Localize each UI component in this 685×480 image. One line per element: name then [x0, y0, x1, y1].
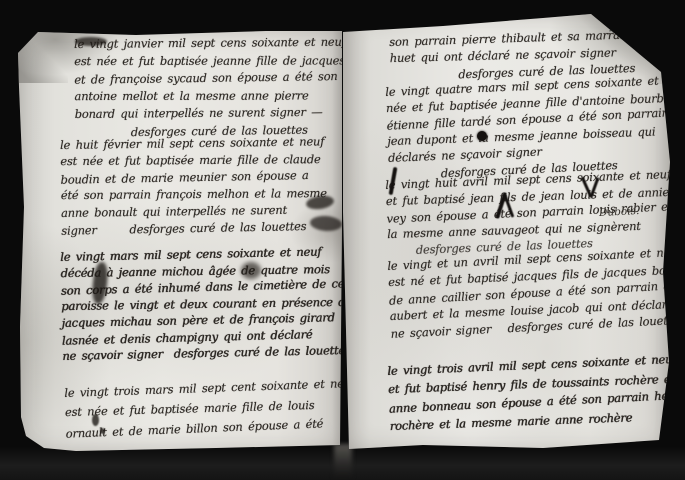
right-page: 2. son parrain pierre thibault et sa mar…: [343, 12, 672, 453]
register-entry: le huit février mil sept cens soixante e…: [60, 133, 342, 239]
ink-smudge: [241, 262, 261, 279]
ink-smudge: [92, 414, 99, 426]
manuscript-line: bonard qui interpellés ne surent signer …: [75, 104, 342, 124]
ink-blot: [477, 131, 487, 141]
margin-note: Dubois.: [599, 205, 640, 219]
register-entry: le vingt quatre mars mil sept cens soixa…: [385, 72, 672, 183]
ink-smudge: [100, 428, 105, 434]
register-entry: le vingt janvier mil sept cens soixante …: [74, 34, 342, 141]
manuscript-line: le vingt janvier mil sept cens soixante …: [74, 34, 342, 54]
register-entry: le vingt trois avril mil sept cens soixa…: [387, 350, 672, 436]
manuscript-line: antoine mellot et la mesme anne pierre: [75, 87, 342, 105]
manuscript-line: été son parrain françois melhon et la me…: [61, 185, 342, 204]
register-entry: le vingt et un avril mil sept cens soixa…: [387, 244, 672, 343]
manuscript-scan: le vingt janvier mil sept cens soixante …: [0, 0, 685, 480]
page-corner-fold: [16, 27, 68, 83]
left-page: le vingt janvier mil sept cens soixante …: [16, 27, 342, 453]
book-spine: [334, 444, 352, 478]
ink-smudge: [75, 37, 107, 46]
manuscript-line: et de françoise sycaud son épouse a été …: [74, 68, 342, 89]
register-entry: le vingt trois mars mil sept cent soixan…: [64, 373, 342, 443]
manuscript-line: est née et fut baptisée jeanne fille de …: [74, 52, 342, 70]
